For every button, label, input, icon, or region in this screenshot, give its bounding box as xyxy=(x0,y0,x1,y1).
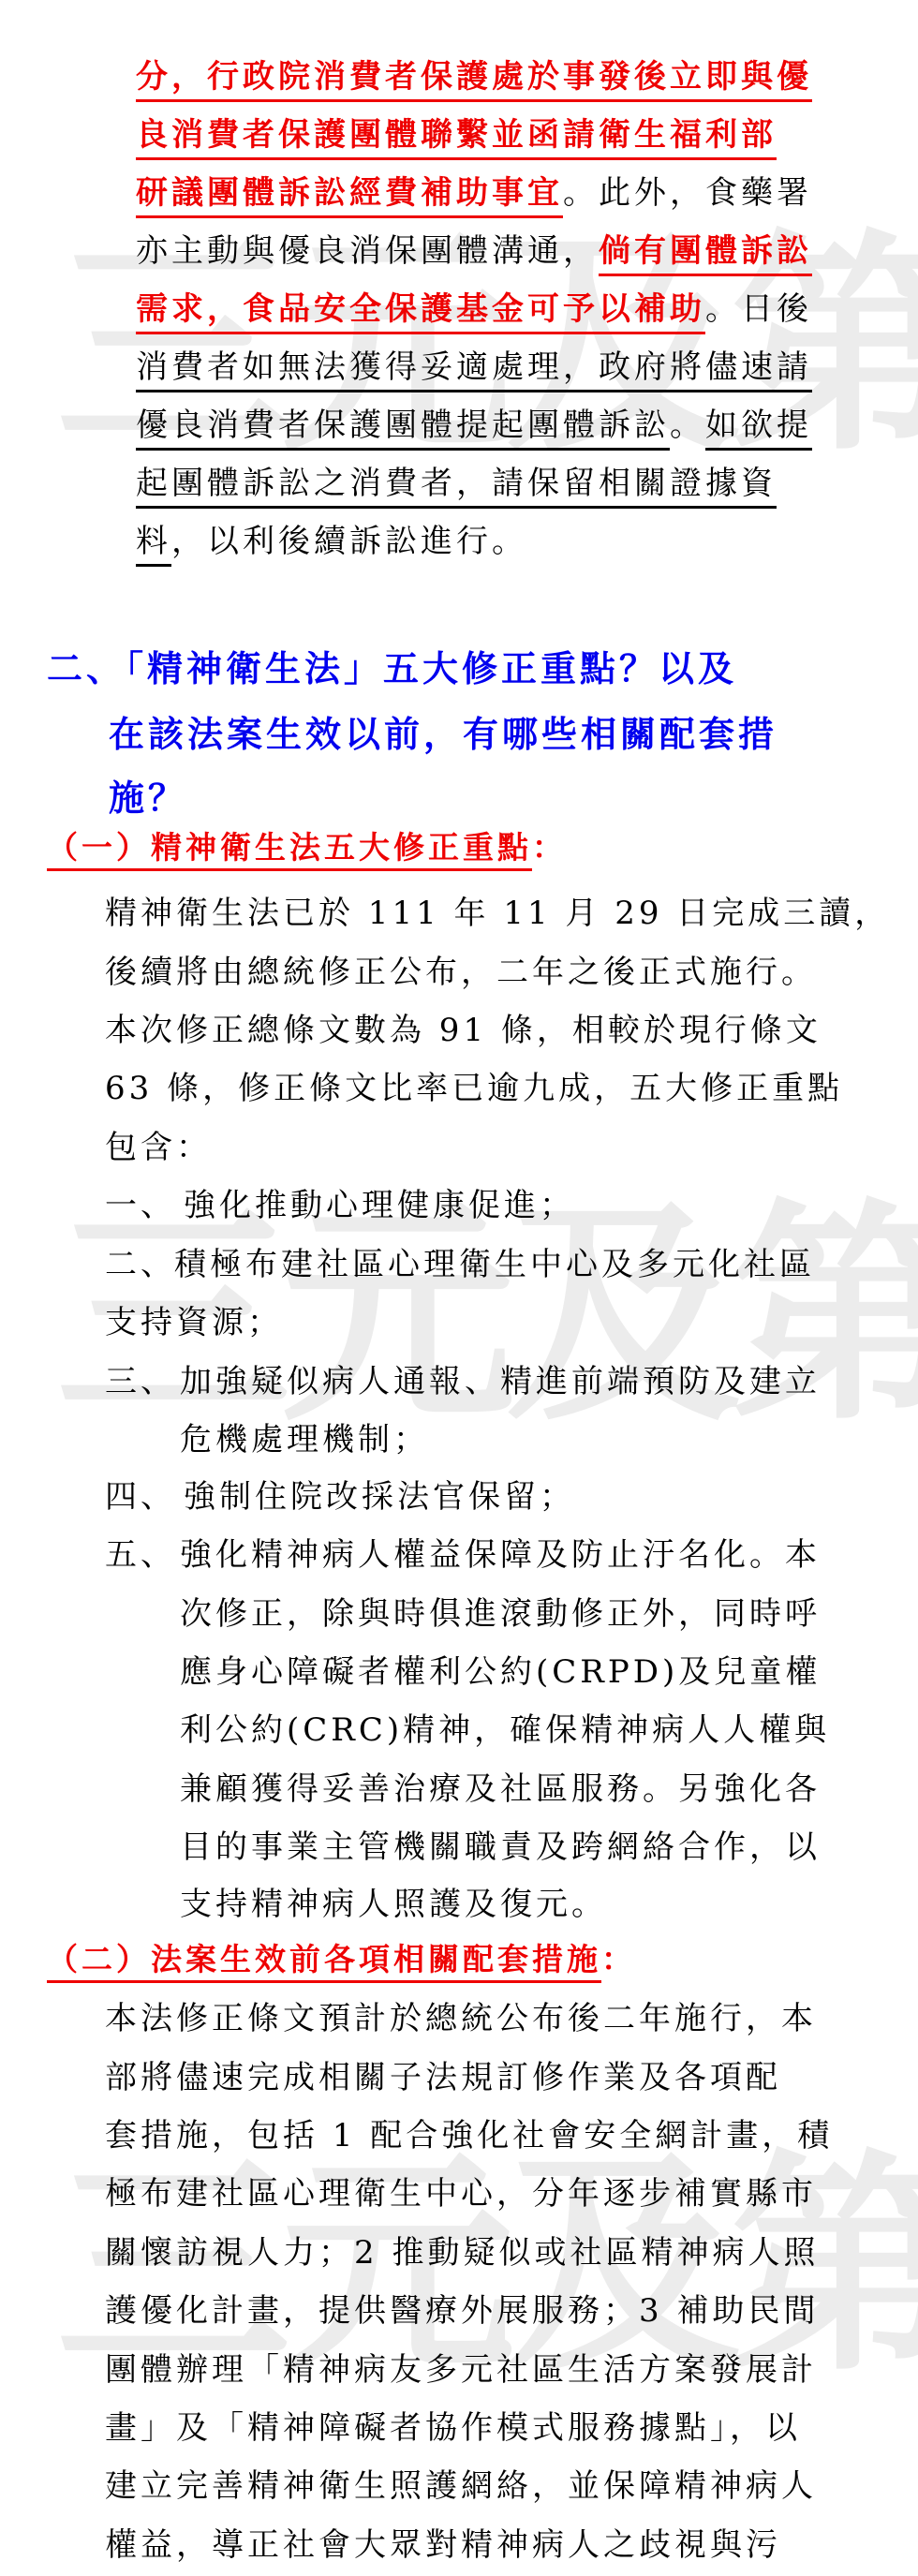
intro-line: 分，行政院消費者保護處於事發後立即與優 xyxy=(136,58,812,96)
list-marker: 四、 xyxy=(105,1478,176,1516)
body-text: 亦主動與優良消保團體溝通， xyxy=(136,232,599,270)
list-marker: 一、 xyxy=(105,1187,176,1224)
body-text: 。日後 xyxy=(705,290,812,328)
heading-line: 施？ xyxy=(109,777,187,819)
body-line: 護優化計畫，提供醫療外展服務；3 補助民間 xyxy=(105,2292,819,2330)
body-line: 本法修正條文預計於總統公布後二年施行，本 xyxy=(105,2000,817,2037)
intro-line: 起團體訴訟之消費者，請保留相關證據資 xyxy=(136,465,777,502)
intro-line: 優良消費者保護團體提起團體訴訟。如欲提 xyxy=(136,407,812,444)
list-text: 危機處理機制； xyxy=(180,1421,429,1458)
subheading-1: （一）精神衛生法五大修正重點： xyxy=(47,829,567,866)
subheading-2: （二）法案生效前各項相關配套措施： xyxy=(47,1941,636,1978)
highlighted-text: 分，行政院消費者保護處於事發後立即與優 xyxy=(136,58,812,102)
body-line: 精神衛生法已於 111 年 11 月 29 日完成三讀， xyxy=(105,895,890,932)
heading-line: 二、「精神衛生法」五大修正重點？以及 xyxy=(47,648,737,689)
intro-line: 需求，食品安全保護基金可予以補助。日後 xyxy=(136,290,812,328)
intro-line: 料，以利後續訴訟進行。 xyxy=(136,523,527,560)
highlighted-text: 研議團體訴訟經費補助事宜 xyxy=(136,174,563,218)
list-marker: 三、 xyxy=(105,1363,176,1400)
body-text: 。 xyxy=(670,407,705,444)
list-text: 強化精神病人權益保障及防止汙名化。本 xyxy=(180,1536,821,1574)
underlined-text: 如欲提 xyxy=(705,407,812,451)
body-line: 套措施，包括 1 配合強化社會安全網計畫，積 xyxy=(105,2117,833,2154)
subheading-title: （二）法案生效前各項相關配套措施 xyxy=(47,1941,601,1983)
intro-line: 研議團體訴訟經費補助事宜。此外，食藥署 xyxy=(136,174,812,212)
list-text: 強制住院改採法官保留； xyxy=(184,1478,575,1516)
intro-line: 消費者如無法獲得妥適處理，政府將儘速請 xyxy=(136,348,812,386)
list-text: 強化推動心理健康促進； xyxy=(184,1187,575,1224)
intro-line: 亦主動與優良消保團體溝通，倘有團體訴訟 xyxy=(136,232,812,270)
highlighted-text: 需求，食品安全保護基金可予以補助 xyxy=(136,290,705,334)
underlined-text: 起團體訴訟之消費者，請保留相關證據資 xyxy=(136,465,777,509)
intro-line: 良消費者保護團體聯繫並函請衛生福利部 xyxy=(136,116,777,154)
highlighted-text: 良消費者保護團體聯繫並函請衛生福利部 xyxy=(136,116,777,160)
subheading-title: （一）精神衛生法五大修正重點 xyxy=(47,829,532,871)
list-text: 次修正，除與時俱進滾動修正外，同時呼 xyxy=(180,1595,821,1633)
heading-line: 在該法案生效以前，有哪些相關配套措 xyxy=(109,714,777,755)
body-line: 後續將由總統修正公布，二年之後正式施行。 xyxy=(105,954,817,991)
list-text: 支持精神病人照護及復元。 xyxy=(180,1886,607,1923)
list-text: 積極布建社區心理衛生中心及多元化社區 xyxy=(174,1246,815,1283)
body-line: 本次修正總條文數為 91 條，相較於現行條文 xyxy=(105,1012,822,1049)
underlined-text: 料 xyxy=(136,523,171,567)
subheading-colon: ： xyxy=(532,829,567,866)
body-line: 關懷訪視人力；2 推動疑似或社區精神病人照 xyxy=(105,2234,819,2272)
list-text: 兼顧獲得妥善治療及社區服務。另強化各 xyxy=(180,1770,821,1808)
body-line: 極布建社區心理衛生中心，分年逐步補實縣市 xyxy=(105,2175,817,2213)
body-line: 團體辦理「精神病友多元社區生活方案發展計 xyxy=(105,2351,817,2389)
body-text: ，以利後續訴訟進行。 xyxy=(171,523,527,560)
list-marker: 五、 xyxy=(105,1536,176,1574)
list-text: 目的事業主管機關職責及跨網絡合作，以 xyxy=(180,1828,821,1866)
body-line: 建立完善精神衛生照護網絡，並保障精神病人 xyxy=(105,2467,817,2505)
body-line: 63 條，修正條文比率已逾九成，五大修正重點 xyxy=(105,1070,843,1107)
body-line: 畫」及「精神障礙者協作模式服務據點」，以 xyxy=(105,2409,801,2447)
underlined-text: 消費者如無法獲得妥適處理，政府將儘速請 xyxy=(136,348,812,392)
list-text: 支持資源； xyxy=(105,1304,283,1341)
body-text: 。此外，食藥署 xyxy=(563,174,812,212)
subheading-colon: ： xyxy=(601,1941,636,1977)
list-text: 應身心障礙者權利公約(CRPD)及兒童權 xyxy=(180,1653,821,1691)
body-line: 包含： xyxy=(105,1129,212,1166)
body-line: 部將儘速完成相關子法規訂修作業及各項配 xyxy=(105,2059,781,2096)
underlined-text: 優良消費者保護團體提起團體訴訟 xyxy=(136,407,670,451)
list-text: 利公約(CRC)精神，確保精神病人人權與 xyxy=(180,1711,830,1749)
list-text: 加強疑似病人通報、精進前端預防及建立 xyxy=(180,1363,821,1400)
list-marker: 二、 xyxy=(105,1246,176,1283)
body-line: 權益，導正社會大眾對精神病人之歧視與污 xyxy=(105,2526,781,2564)
highlighted-text: 倘有團體訴訟 xyxy=(599,232,812,276)
